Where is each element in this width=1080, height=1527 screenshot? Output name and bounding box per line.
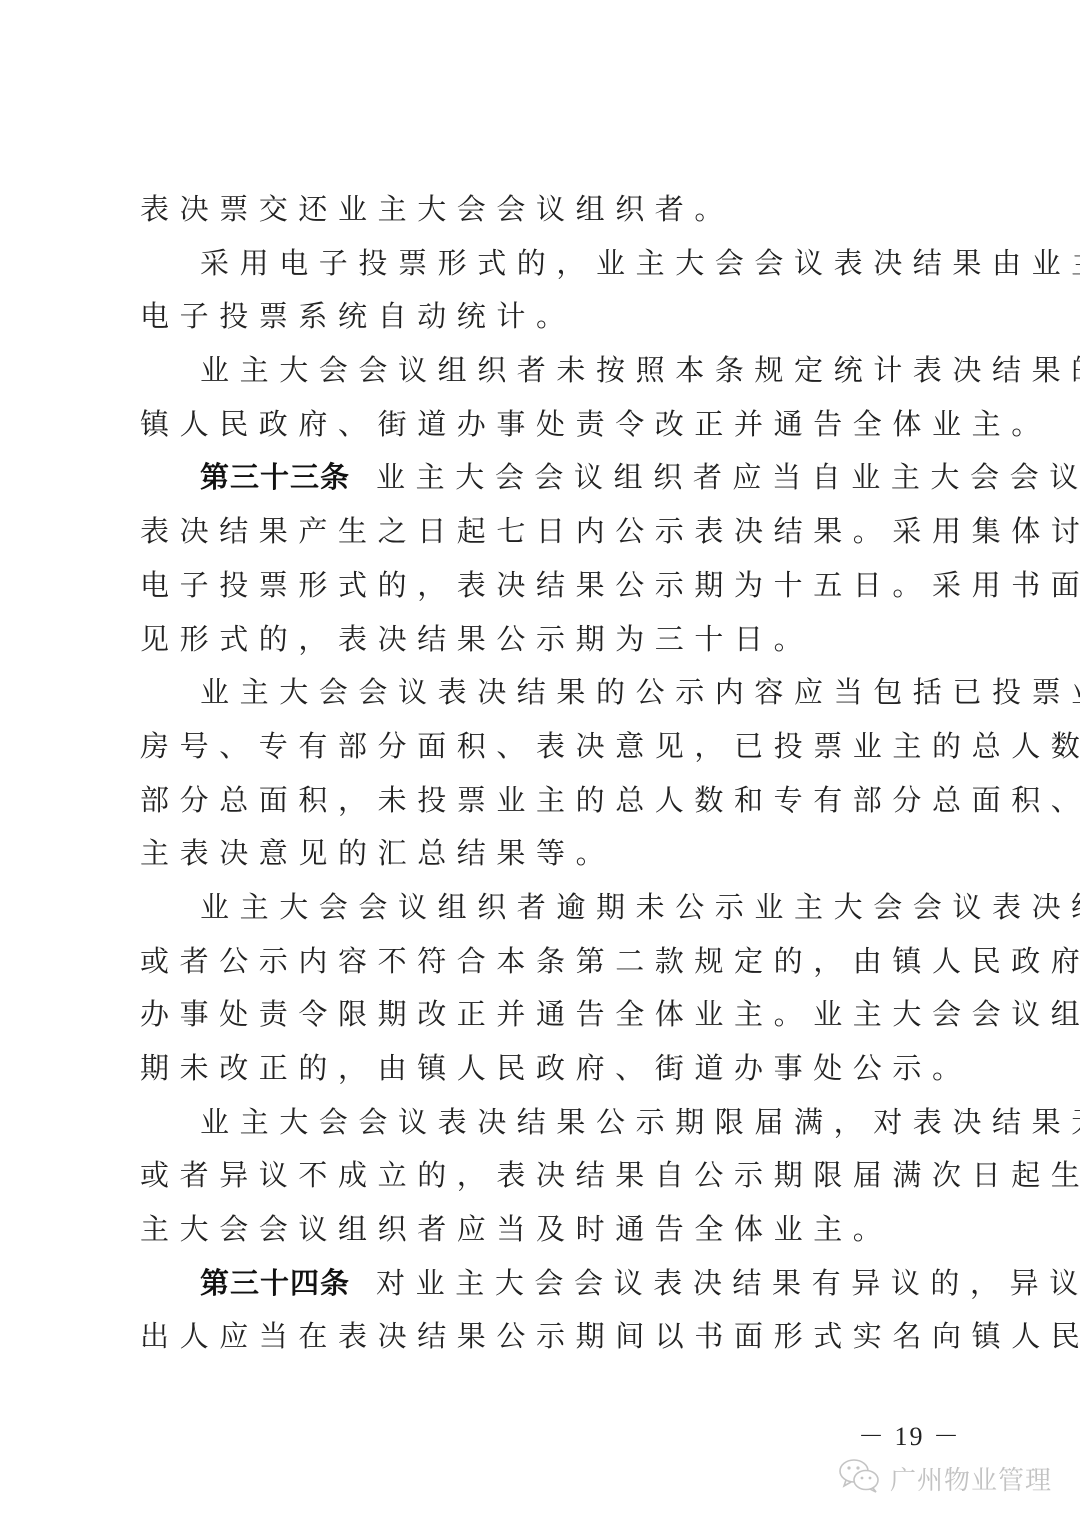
document-page: 表决票交还业主大会会议组织者。 采用电子投票形式的，业主大会会议表决结果由业主决… xyxy=(0,0,1080,1527)
text-line: 业主大会会议组织者未按照本条规定统计表决结果的，由 xyxy=(140,344,945,398)
page-number: － 19 － xyxy=(858,1416,961,1453)
text-line: 表决票交还业主大会会议组织者。 xyxy=(140,183,945,237)
text-line: 镇人民政府、街道办事处责令改正并通告全体业主。 xyxy=(140,398,945,452)
text-line: 主表决意见的汇总结果等。 xyxy=(140,827,945,881)
text-line: 办事处责令限期改正并通告全体业主。业主大会会议组织者逾 xyxy=(140,988,945,1042)
text-line: 业主大会会议表决结果的公示内容应当包括已投票业主的 xyxy=(140,666,945,720)
text-line: 表决结果产生之日起七日内公示表决结果。采用集体讨论或者 xyxy=(140,505,945,559)
text-line: 部分总面积，未投票业主的总人数和专有部分总面积、全体业 xyxy=(140,774,945,828)
watermark: 广州物业管理 xyxy=(838,1458,1052,1498)
text-line: 出人应当在表决结果公示期间以书面形式实名向镇人民政府、 xyxy=(140,1310,945,1364)
text-span: 对业主大会会议表决结果有异议的，异议提 xyxy=(376,1266,1080,1300)
text-line: 房号、专有部分面积、表决意见，已投票业主的总人数和专有 xyxy=(140,720,945,774)
watermark-text: 广州物业管理 xyxy=(890,1460,1052,1497)
text-line: 见形式的，表决结果公示期为三十日。 xyxy=(140,613,945,667)
article-heading: 第三十四条 xyxy=(200,1266,350,1300)
text-line: 业主大会会议组织者逾期未公示业主大会会议表决结果， xyxy=(140,881,945,935)
article-34-first-line: 第三十四条对业主大会会议表决结果有异议的，异议提 xyxy=(140,1257,945,1311)
text-line: 电子投票形式的，表决结果公示期为十五日。采用书面征求意 xyxy=(140,559,945,613)
text-line: 业主大会会议表决结果公示期限届满，对表决结果无异议 xyxy=(140,1096,945,1150)
wechat-icon xyxy=(838,1458,882,1498)
article-heading: 第三十三条 xyxy=(200,460,350,494)
text-line: 主大会会议组织者应当及时通告全体业主。 xyxy=(140,1203,945,1257)
text-line: 电子投票系统自动统计。 xyxy=(140,290,945,344)
text-line: 期未改正的，由镇人民政府、街道办事处公示。 xyxy=(140,1042,945,1096)
text-span: 业主大会会议组织者应当自业主大会会议 xyxy=(376,460,1080,494)
text-line: 或者异议不成立的，表决结果自公示期限届满次日起生效，业 xyxy=(140,1149,945,1203)
text-line: 采用电子投票形式的，业主大会会议表决结果由业主决策 xyxy=(140,237,945,291)
text-line: 或者公示内容不符合本条第二款规定的，由镇人民政府、街道 xyxy=(140,935,945,989)
document-body: 表决票交还业主大会会议组织者。 采用电子投票形式的，业主大会会议表决结果由业主决… xyxy=(140,183,945,1364)
article-33-first-line: 第三十三条业主大会会议组织者应当自业主大会会议 xyxy=(140,451,945,505)
